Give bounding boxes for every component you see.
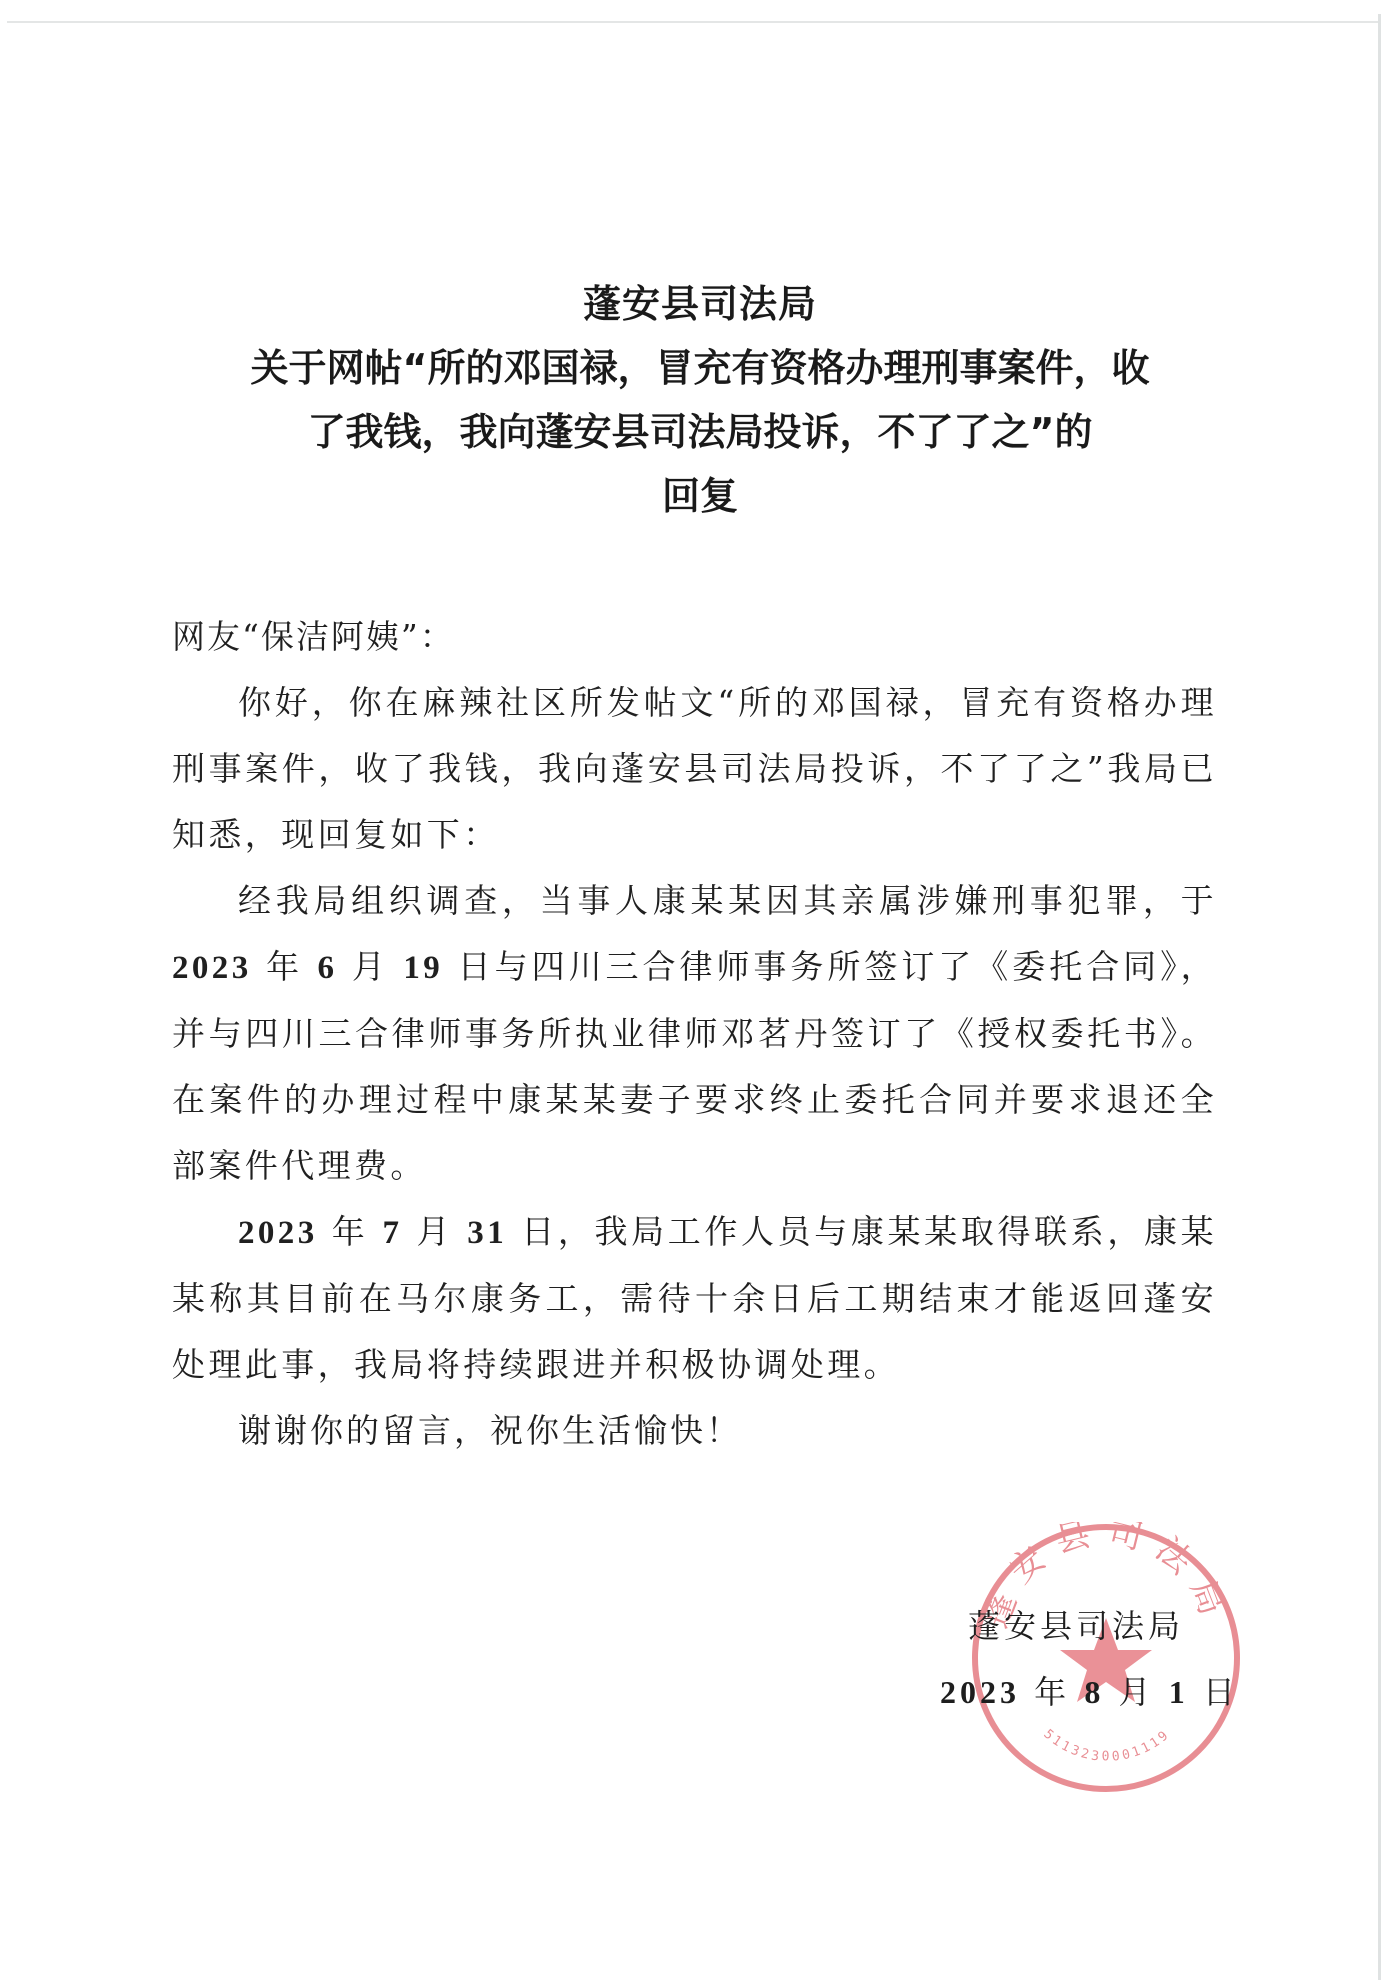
- title-line-3: 了我钱，我向蓬安县司法局投诉，不了了之”的: [160, 400, 1240, 464]
- paragraph-2-month: 6: [318, 950, 338, 986]
- salutation: 网友“保洁阿姨”：: [172, 604, 1217, 670]
- paragraph-2: 经我局组织调查，当事人康某某因其亲属涉嫌刑事犯罪，于2023 年 6 月 19 …: [172, 868, 1217, 1199]
- paragraph-3-text-b: 月: [417, 1212, 454, 1251]
- seal-code: 5113230001119: [1041, 1727, 1174, 1765]
- letter-body: 网友“保洁阿姨”： 你好，你在麻辣社区所发帖文“所的邓国禄，冒充有资格办理刑事案…: [172, 604, 1217, 1464]
- title-line-4: 回复: [160, 464, 1240, 528]
- paragraph-3-day: 31: [467, 1215, 507, 1251]
- paragraph-1: 你好，你在麻辣社区所发帖文“所的邓国禄，冒充有资格办理刑事案件，收了我钱，我向蓬…: [172, 670, 1217, 868]
- paragraph-3-month: 7: [383, 1215, 403, 1251]
- signature-date: 2023 年 8 月 1 日: [940, 1670, 1239, 1714]
- signature-date-day: 1: [1169, 1674, 1189, 1710]
- signature-date-year: 2023: [940, 1674, 1020, 1710]
- paragraph-3-year: 2023: [238, 1215, 318, 1251]
- paragraph-2-text-a: 经我局组织调查，当事人康某某因其亲属涉嫌刑事犯罪，于: [238, 881, 1217, 920]
- signature-date-day-label: 日: [1203, 1673, 1239, 1711]
- paragraph-3: 2023 年 7 月 31 日，我局工作人员与康某某取得联系，康某某称其目前在马…: [172, 1199, 1217, 1398]
- signature-date-month: 8: [1084, 1674, 1104, 1710]
- paragraph-2-year: 2023: [172, 950, 252, 986]
- paragraph-2-text-b: 年: [266, 947, 303, 986]
- signature-org: 蓬安县司法局: [968, 1604, 1184, 1648]
- scan-border-right: [1378, 14, 1381, 1980]
- document-title: 蓬安县司法局 关于网帖“所的邓国禄，冒充有资格办理刑事案件，收 了我钱，我向蓬安…: [160, 272, 1240, 528]
- title-org: 蓬安县司法局: [160, 272, 1240, 336]
- paragraph-2-day: 19: [403, 950, 443, 986]
- official-seal-icon: 蓬安县司法局 5113230001119: [970, 1522, 1242, 1794]
- paragraph-3-text-a: 年: [332, 1212, 369, 1251]
- paragraph-3-text-c: 日，我局工作人员与康某某取得联系，康某某称其目前在马尔康务工，需待十余日后工期结…: [172, 1212, 1217, 1384]
- paragraph-2-text-c: 月: [352, 947, 389, 986]
- svg-text:5113230001119: 5113230001119: [1041, 1727, 1174, 1765]
- closing-line: 谢谢你的留言，祝你生活愉快！: [172, 1398, 1217, 1464]
- signature-date-month-label: 月: [1119, 1673, 1155, 1711]
- signature-date-year-label: 年: [1034, 1673, 1070, 1711]
- title-line-2: 关于网帖“所的邓国禄，冒充有资格办理刑事案件，收: [160, 336, 1240, 400]
- scan-border-top: [7, 21, 1381, 23]
